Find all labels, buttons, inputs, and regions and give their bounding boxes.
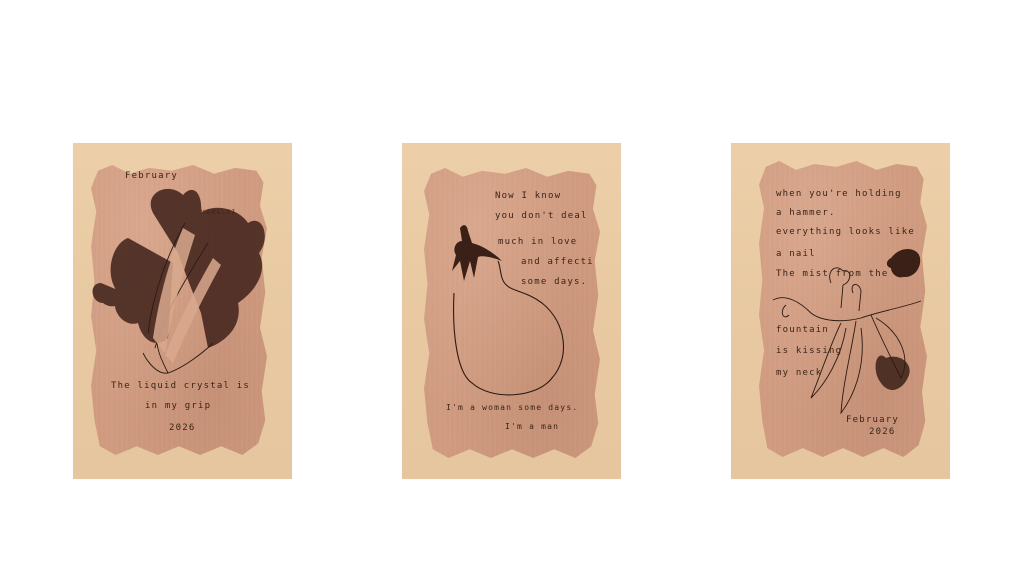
artwork-bok-choy: February HONGLEI The liquid crystal is i… [73, 143, 292, 479]
artwork-eggplant: Now I know you don't deal much in love a… [402, 143, 621, 479]
artist-signature: HONGLEI [201, 209, 237, 216]
poem-line: is kissing [776, 346, 842, 356]
poem-line: and affecti [521, 257, 594, 267]
artwork-flowering-branch: when you're holding a hammer. everything… [731, 143, 950, 479]
poem-line: you don't deal [495, 211, 588, 221]
month-label: February [125, 171, 178, 181]
poem-line: a nail [776, 249, 816, 259]
poem-line: much in love [498, 237, 577, 247]
month-label: February [846, 415, 899, 425]
poem-line: I'm a man [505, 422, 559, 431]
poem-line: my neck [776, 368, 822, 378]
year-label: 2026 [869, 427, 895, 437]
poem-line: a hammer. [776, 208, 836, 218]
poem-line: when you're holding [776, 189, 902, 199]
poem-line: everything looks like [776, 227, 915, 237]
poem-line: The liquid crystal is [111, 381, 250, 391]
poem-line: in my grip [145, 401, 211, 411]
poem-line: Now I know [495, 191, 561, 201]
poem-line: The mist from the [776, 269, 889, 279]
poem-line: some days. [521, 277, 587, 287]
year-label: 2026 [169, 423, 195, 433]
poem-line: I'm a woman some days. [446, 403, 578, 412]
poem-line: fountain [776, 325, 829, 335]
